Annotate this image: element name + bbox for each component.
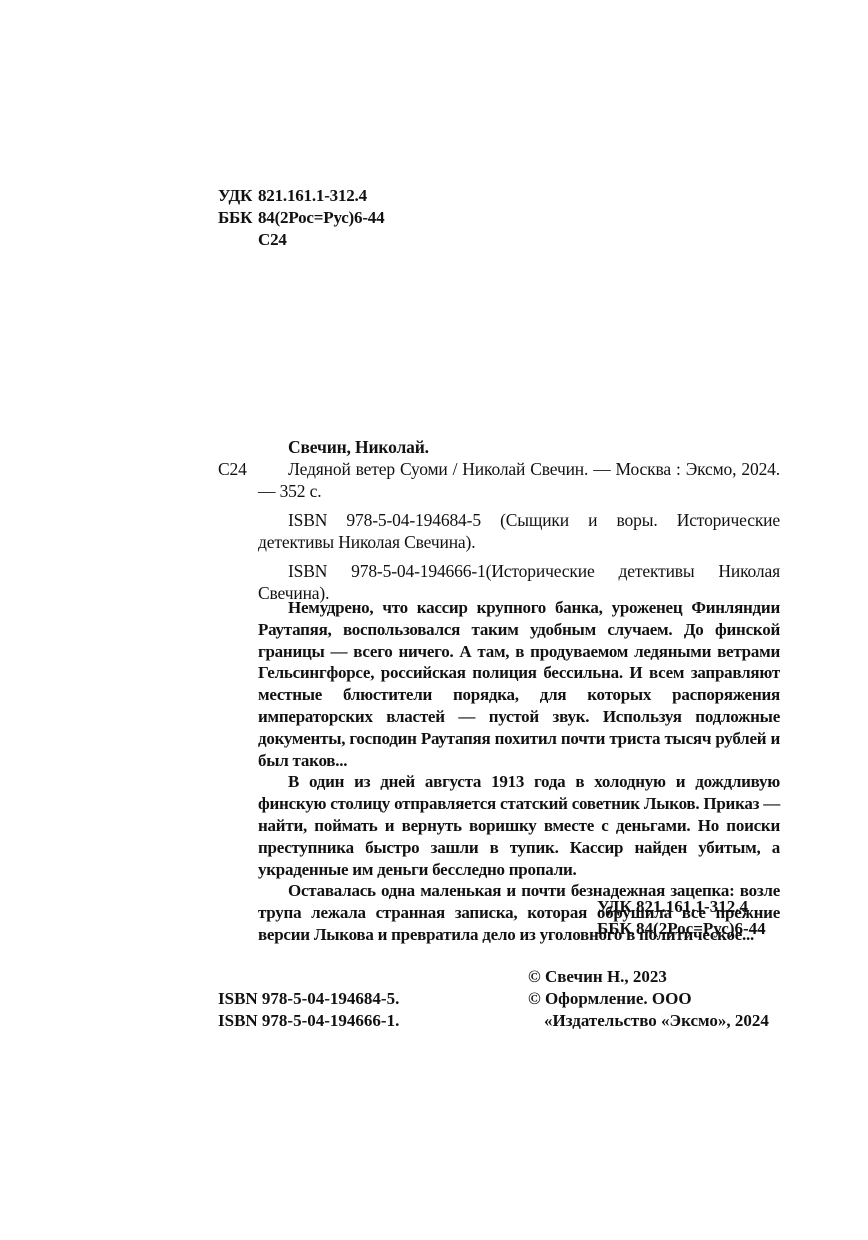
bbk-row: ББК 84(2Рос=Рус)6-44	[218, 207, 384, 229]
author-mark: С24	[218, 229, 384, 251]
annotation-paragraph: Немудрено, что кассир крупного банка, ур…	[258, 597, 780, 771]
title-statement: Ледяной ветер Суоми / Николай Свечин. — …	[258, 459, 780, 501]
bottom-bbk: ББК 84(2Рос=Рус)6-44	[597, 918, 766, 940]
udk-label: УДК	[218, 185, 258, 207]
bottom-isbn-2: ISBN 978-5-04-194666-1.	[218, 1010, 399, 1032]
udk-value: 821.161.1-312.4	[258, 185, 367, 207]
bbk-value: 84(2Рос=Рус)6-44	[258, 207, 384, 229]
copyright-design: © Оформление. ООО	[528, 988, 769, 1010]
bibliographic-record: Свечин, Николай. С24 Ледяной ветер Суоми…	[218, 436, 780, 604]
imprint-page: УДК 821.161.1-312.4 ББК 84(2Рос=Рус)6-44…	[0, 0, 868, 1240]
bottom-isbn-block: ISBN 978-5-04-194684-5. ISBN 978-5-04-19…	[218, 988, 399, 1032]
copyright-publisher: «Издательство «Эксмо», 2024	[528, 1010, 769, 1032]
bottom-udk: УДК 821.161.1-312.4	[597, 896, 766, 918]
isbn-series-1: ISBN 978-5-04-194684-5 (Сыщики и воры. И…	[218, 509, 780, 553]
bbk-label: ББК	[218, 207, 258, 229]
annotation: Немудрено, что кассир крупного банка, ур…	[258, 597, 780, 946]
copyright-author: © Свечин Н., 2023	[528, 966, 769, 988]
title-statement-block: С24 Ледяной ветер Суоми / Николай Свечин…	[218, 458, 780, 502]
bottom-classification-block: УДК 821.161.1-312.4 ББК 84(2Рос=Рус)6-44	[597, 896, 766, 940]
udk-row: УДК 821.161.1-312.4	[218, 185, 384, 207]
copyright-block: © Свечин Н., 2023 © Оформление. ООО «Изд…	[528, 966, 769, 1032]
top-classification-block: УДК 821.161.1-312.4 ББК 84(2Рос=Рус)6-44…	[218, 185, 384, 251]
author-mark-inline: С24	[218, 458, 247, 480]
author-heading: Свечин, Николай.	[218, 436, 780, 458]
annotation-paragraph: В один из дней августа 1913 года в холод…	[258, 771, 780, 880]
bottom-isbn-1: ISBN 978-5-04-194684-5.	[218, 988, 399, 1010]
